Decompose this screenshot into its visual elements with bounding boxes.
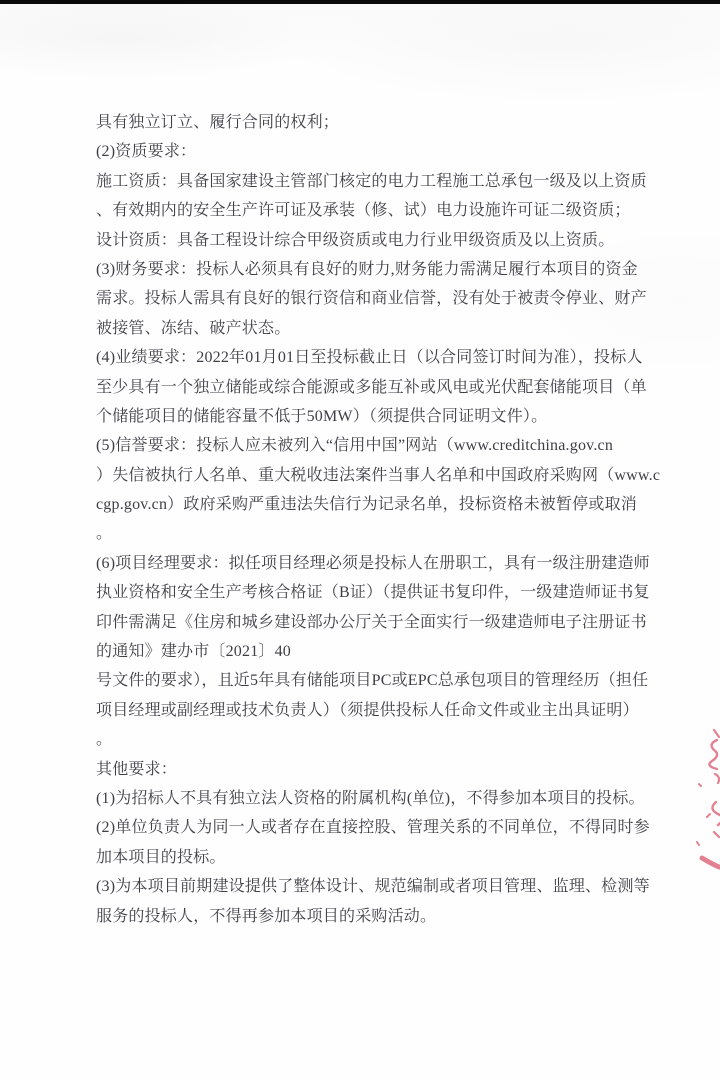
text-line: (3)为本项目前期建设提供了整体设计、规范编制或者项目管理、监理、检测等 <box>96 872 644 901</box>
text-line: (2)资质要求： <box>96 137 644 166</box>
text-line: (5)信誉要求：投标人应未被列入“信用中国”网站（www.creditchina… <box>96 431 644 460</box>
text-line: 印件需满足《住房和城乡建设部办公厅关于全面实行一级建造师电子注册证书 <box>96 608 644 637</box>
text-line: 被接管、冻结、破产状态。 <box>96 314 644 343</box>
text-line: 至少具有一个独立储能或综合能源或多能互补或风电或光伏配套储能项目（单 <box>96 373 644 402</box>
text-line: (4)业绩要求：2022年01月01日至投标截止日（以合同签订时间为准），投标人 <box>96 343 644 372</box>
text-line: 其他要求： <box>96 755 644 784</box>
red-seal-mark <box>690 722 720 874</box>
text-line: 个储能项目的储能容量不低于50MW）（须提供合同证明文件）。 <box>96 402 644 431</box>
text-line: 施工资质：具备国家建设主管部门核定的电力工程施工总承包一级及以上资质 <box>96 167 644 196</box>
text-line: 的通知》建办市〔2021〕40 <box>96 637 644 666</box>
text-line: 需求。投标人需具有良好的银行资信和商业信誉，没有处于被责令停业、财产 <box>96 284 644 313</box>
text-line: 号文件的要求），且近5年具有储能项目PC或EPC总承包项目的管理经历（担任 <box>96 666 644 695</box>
text-line: 服务的投标人，不得再参加本项目的采购活动。 <box>96 902 644 931</box>
document-text-block: 具有独立订立、履行合同的权利； (2)资质要求： 施工资质：具备国家建设主管部门… <box>96 108 644 931</box>
text-line: (2)单位负责人为同一人或者存在直接控股、管理关系的不同单位，不得同时参 <box>96 813 644 842</box>
text-line: cgp.gov.cn）政府采购严重违法失信行为记录名单，投标资格未被暂停或取消 <box>96 490 644 519</box>
scanned-document: { "page": { "background_color": "#fefefe… <box>0 0 720 1080</box>
text-line: 具有独立订立、履行合同的权利； <box>96 108 644 137</box>
text-line: 项目经理或副经理或技术负责人）（须提供投标人任命文件或业主出具证明） <box>96 696 644 725</box>
text-line: ）失信被执行人名单、重大税收违法案件当事人名单和中国政府采购网（www.c <box>96 461 644 490</box>
scan-edge-artifact <box>0 0 720 4</box>
text-line: 。 <box>96 519 644 548</box>
text-line: 加本项目的投标。 <box>96 843 644 872</box>
text-line: 设计资质：具备工程设计综合甲级资质或电力行业甲级资质及以上资质。 <box>96 226 644 255</box>
text-line: 。 <box>96 725 644 754</box>
text-line: (6)项目经理要求：拟任项目经理必须是投标人在册职工，具有一级注册建造师 <box>96 549 644 578</box>
text-line: (1)为招标人不具有独立法人资格的附属机构(单位)，不得参加本项目的投标。 <box>96 784 644 813</box>
text-line: 执业资格和安全生产考核合格证（B证）（提供证书复印件，一级建造师证书复 <box>96 578 644 607</box>
text-line: (3)财务要求：投标人必须具有良好的财力,财务能力需满足履行本项目的资金 <box>96 255 644 284</box>
text-line: 、有效期内的安全生产许可证及承装（修、试）电力设施许可证二级资质； <box>96 196 644 225</box>
